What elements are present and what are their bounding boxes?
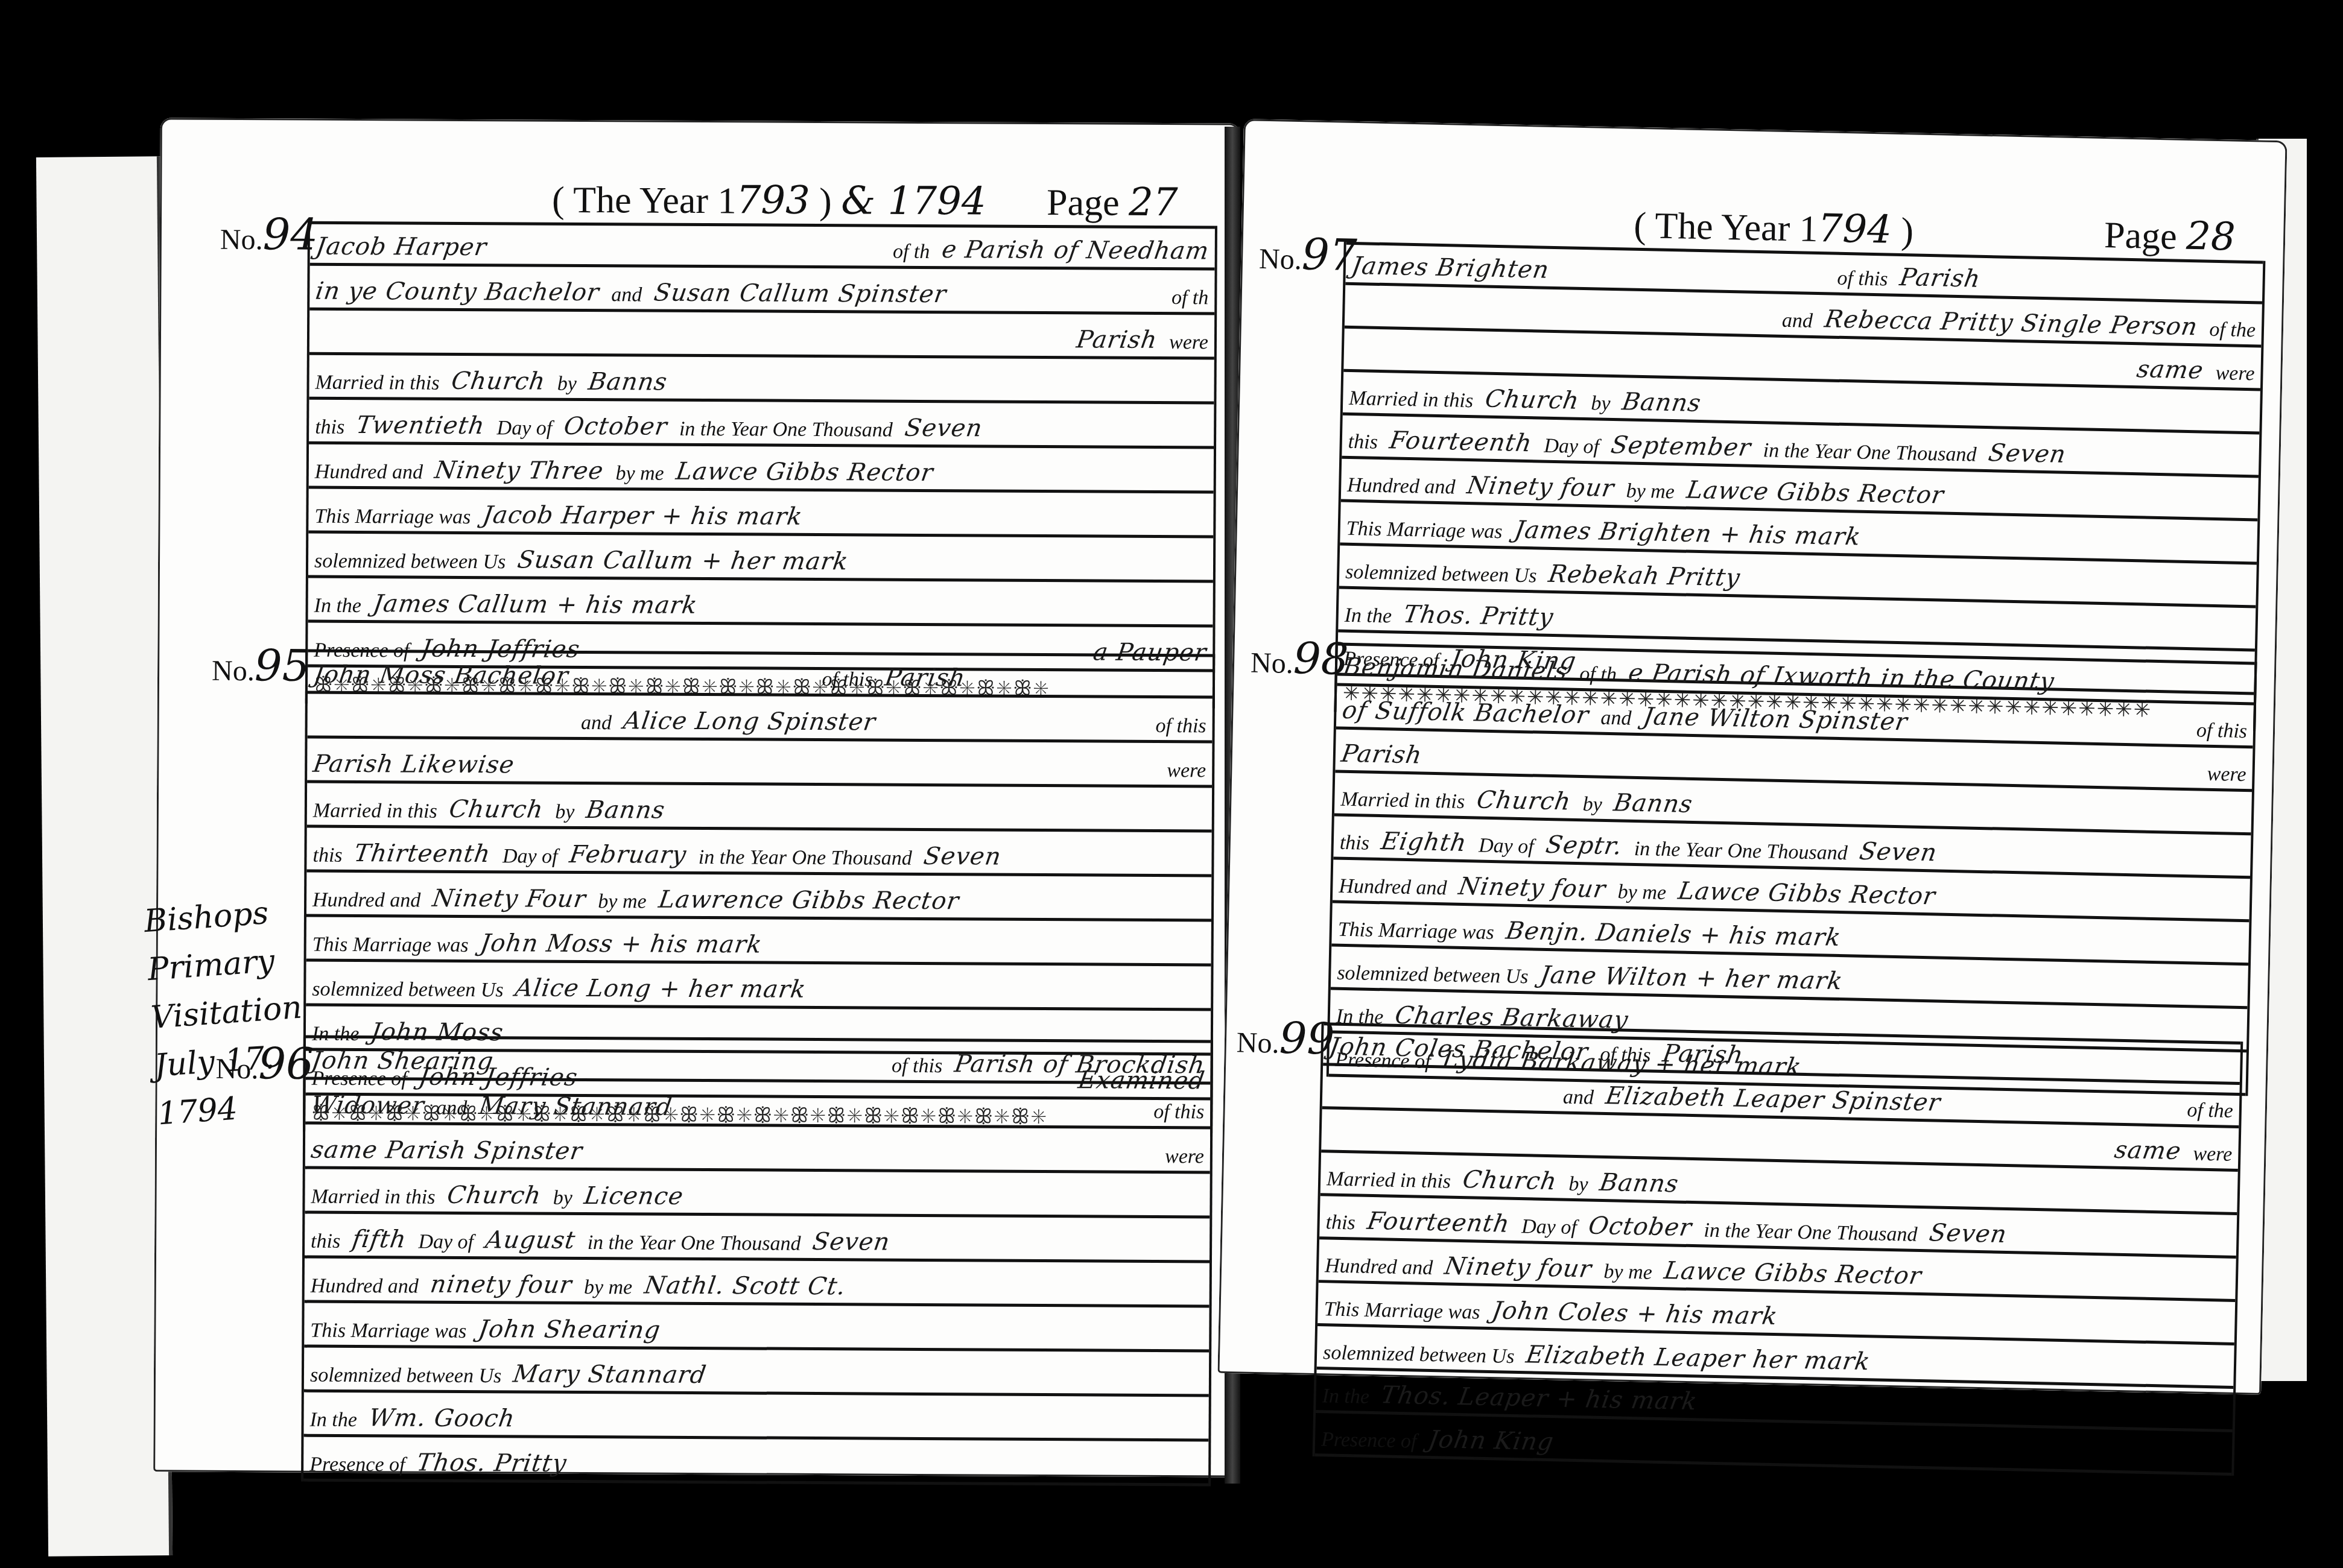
- bride-line: Widower and Mary Stannard of this: [305, 1080, 1210, 1130]
- date-line: this fifth Day of August in the Year One…: [305, 1214, 1210, 1263]
- year-heading: ( The Year 1794 ): [1634, 203, 1914, 253]
- presence-line-2: Presence of Thos. Pritty: [303, 1437, 1208, 1487]
- margin-note-bishops-visitation: Bishops Primary Visitation July 17. 1794: [142, 888, 297, 1138]
- solemnized-line-1: This Marriage was John Shearing: [304, 1303, 1209, 1353]
- parish-line: Parish Likewise were: [307, 739, 1212, 788]
- entry-94-form: Jacob Harper of th e Parish of Needham i…: [305, 221, 1217, 709]
- solemnized-line-2: solemnized between Us Alice Long + her m…: [306, 962, 1211, 1011]
- hundred-line: Hundred and ninety four by me Nathl. Sco…: [305, 1259, 1210, 1308]
- left-book-edge: [36, 156, 173, 1557]
- year-correction: & 1794: [841, 179, 986, 224]
- hundred-line: Hundred and Ninety Four by me Lawrence G…: [306, 873, 1211, 922]
- bride-line: in ye County Bachelor and Susan Callum S…: [309, 266, 1214, 315]
- entry-number-95: No.95: [212, 640, 310, 691]
- hundred-line: Hundred and Ninety Three by me Lawce Gib…: [309, 444, 1214, 494]
- right-page: ( The Year 1794 ) Page 28 No.97 James Br…: [1217, 119, 2287, 1395]
- left-page: ( The Year 1793 ) & 1794 Page 27 No.94 J…: [153, 118, 1240, 1477]
- married-line: Married in this Church by Banns: [307, 783, 1212, 833]
- entry-number-94: No.94: [220, 209, 319, 260]
- page-number: Page 28: [2104, 212, 2236, 260]
- presence-line-1: In the Wm. Gooch: [303, 1393, 1208, 1442]
- year-handwritten: 793: [736, 178, 810, 223]
- solemnized-line-2: solemnized between Us Susan Callum + her…: [308, 534, 1213, 583]
- parish-line: same Parish Spinster were: [305, 1125, 1210, 1174]
- groom-line: John Moss Bachelor of this Parish: [308, 650, 1213, 699]
- married-line: Married in this Church by Licence: [305, 1169, 1210, 1219]
- page-number: Page 27: [1047, 180, 1178, 225]
- date-line: this Thirteenth Day of February in the Y…: [306, 828, 1211, 877]
- solemnized-line-2: solemnized between Us Mary Stannard: [304, 1348, 1209, 1397]
- date-line: this Twentieth Day of October in the Yea…: [309, 400, 1214, 449]
- solemnized-line-1: This Marriage was Jacob Harper + his mar…: [308, 489, 1213, 539]
- year-handwritten: 794: [1818, 206, 1892, 253]
- married-line: Married in this Church by Banns: [309, 355, 1214, 405]
- solemnized-line-1: This Marriage was John Moss + his mark: [306, 917, 1211, 967]
- presence-line-1: In the James Callum + his mark: [308, 578, 1213, 628]
- year-heading: ( The Year 1793 ) & 1794: [552, 177, 986, 224]
- parish-line: Parish were: [309, 311, 1214, 360]
- groom-line: John Shearing of this Parish of Brockdis…: [306, 1035, 1211, 1085]
- bride-line: and Alice Long Spinster of this: [308, 694, 1213, 744]
- groom-line: Jacob Harper of th e Parish of Needham: [310, 221, 1215, 271]
- entry-96-form: John Shearing of this Parish of Brockdis…: [301, 1035, 1213, 1487]
- entry-99-form: John Coles Bachelor of this Parish and E…: [1313, 1022, 2243, 1476]
